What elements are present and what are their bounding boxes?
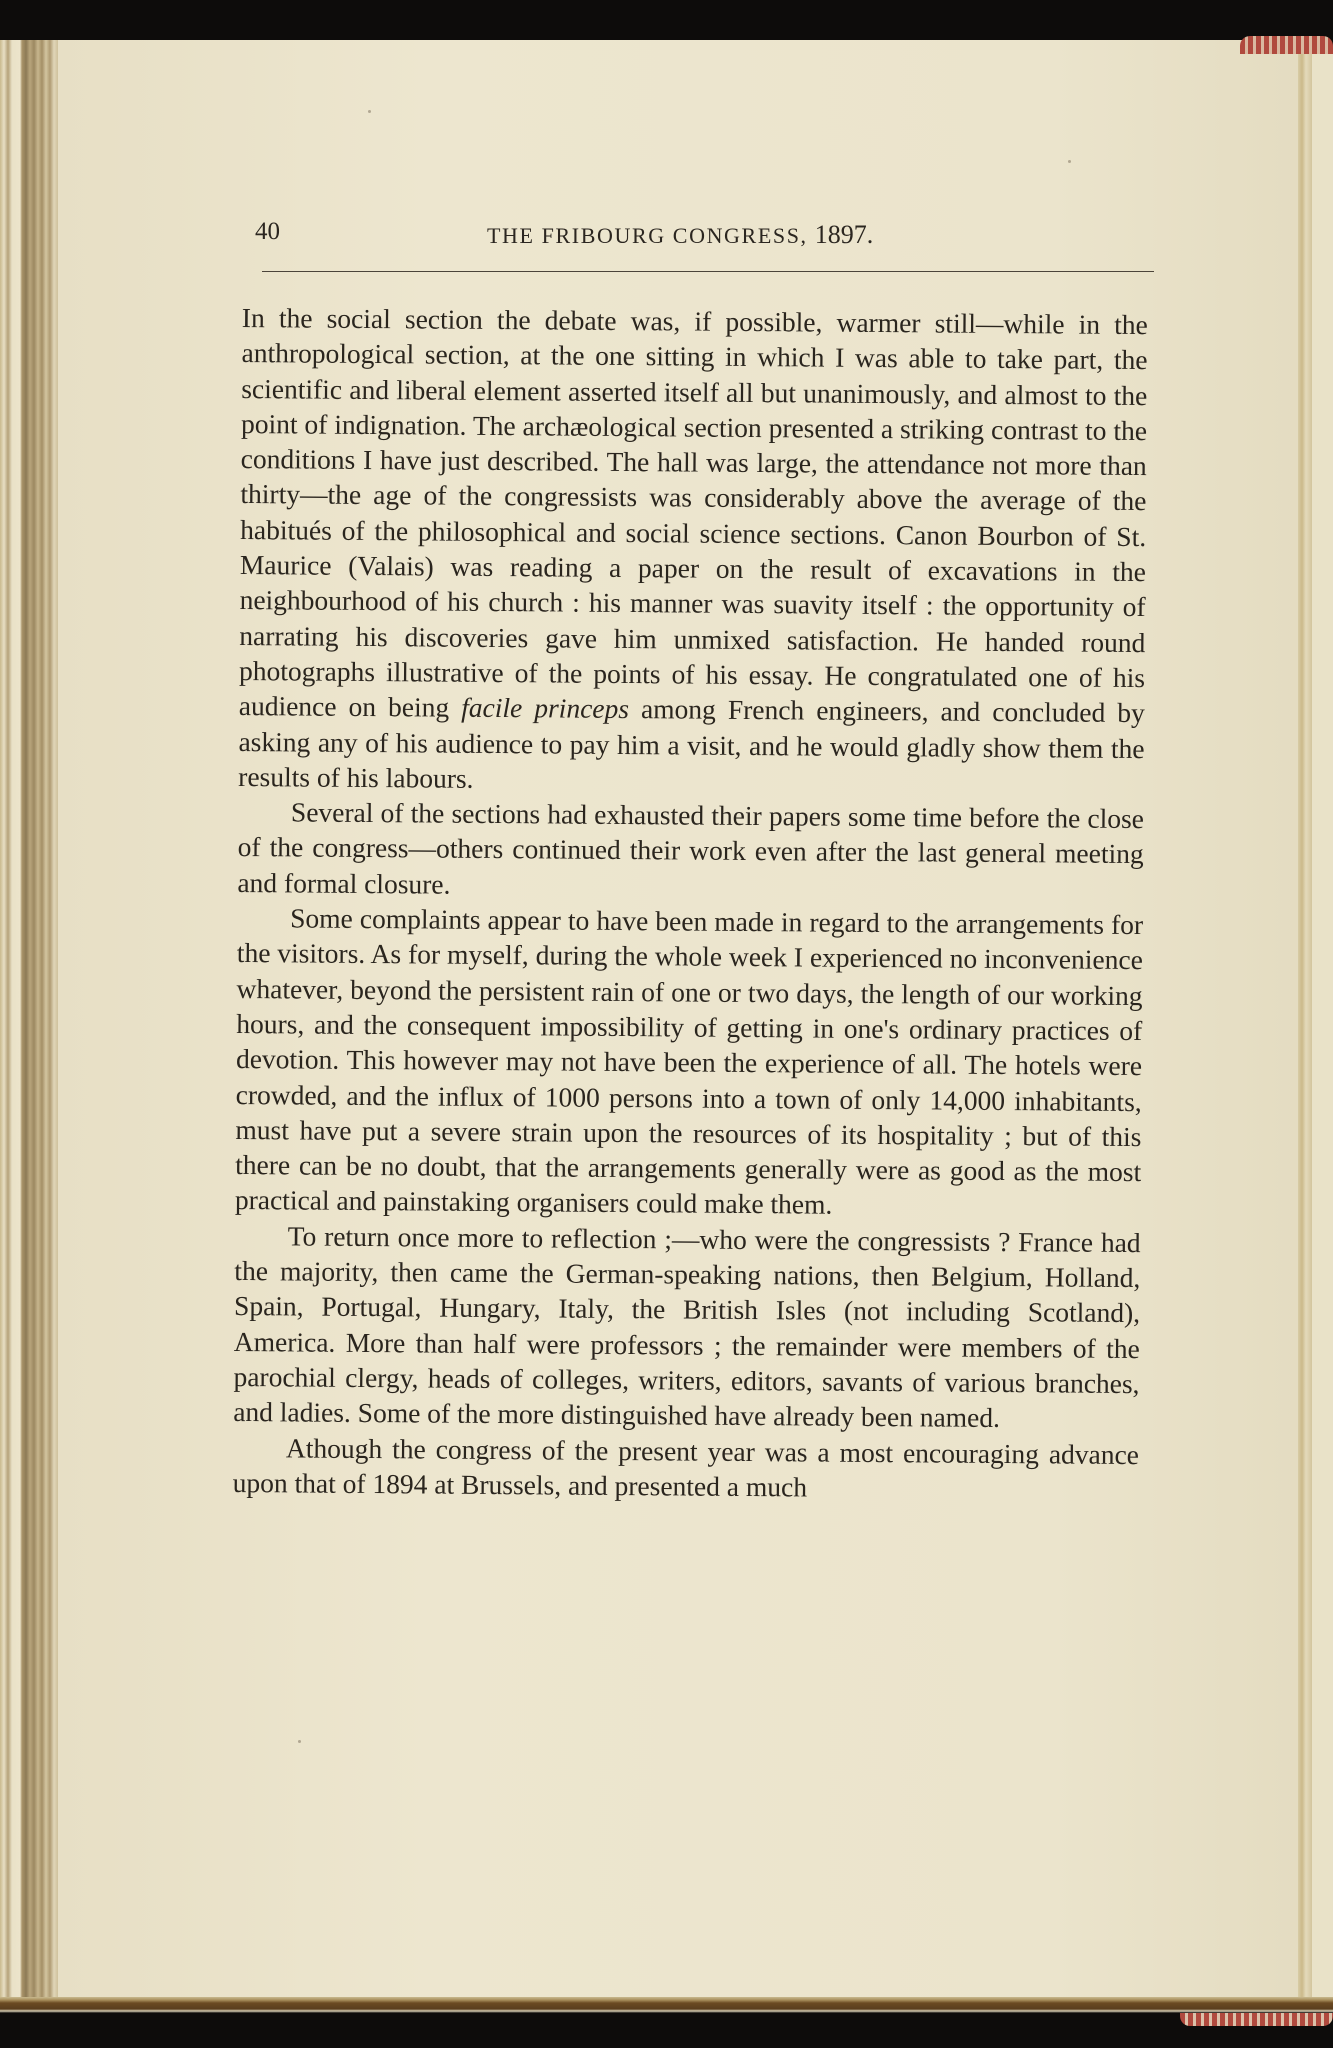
paragraph: To return once more to reflection ;—who … [233,1218,1141,1437]
book-gutter [1298,50,1312,2000]
text-run: Several of the sections had exhausted th… [237,797,1144,900]
facing-page-edge [1312,50,1333,2000]
italic-phrase: facile princeps [461,692,629,724]
text-run: Some complaints appear to have been made… [235,902,1143,1220]
body-text: In the social section the debate was, if… [233,300,1148,1507]
paragraph: Several of the sections had exhausted th… [237,794,1144,907]
running-title-year: 1897. [815,220,874,249]
paragraph: Athough the congress of the present year… [233,1429,1140,1507]
running-title: THE FRIBOURG CONGRESS, 1897. [487,220,873,250]
paper-speck [368,110,371,113]
book-bottom-edge [0,1997,1333,2013]
paper-speck [298,1740,301,1743]
book-page-edges-left [0,40,60,2002]
text-run: Athough the congress of the present year… [233,1432,1139,1502]
running-head: 40 THE FRIBOURG CONGRESS, 1897. [255,218,1155,258]
text-run: To return once more to reflection ;—who … [233,1220,1141,1433]
text-run: In the social section the debate was, if… [239,302,1148,723]
paragraph: Some complaints appear to have been made… [235,900,1143,1225]
running-title-text: THE FRIBOURG CONGRESS, [487,223,808,248]
page-number: 40 [255,218,280,246]
headband-top [1240,36,1333,54]
header-rule [262,271,1154,272]
paragraph: In the social section the debate was, if… [238,300,1148,801]
paper-speck [1068,160,1071,163]
